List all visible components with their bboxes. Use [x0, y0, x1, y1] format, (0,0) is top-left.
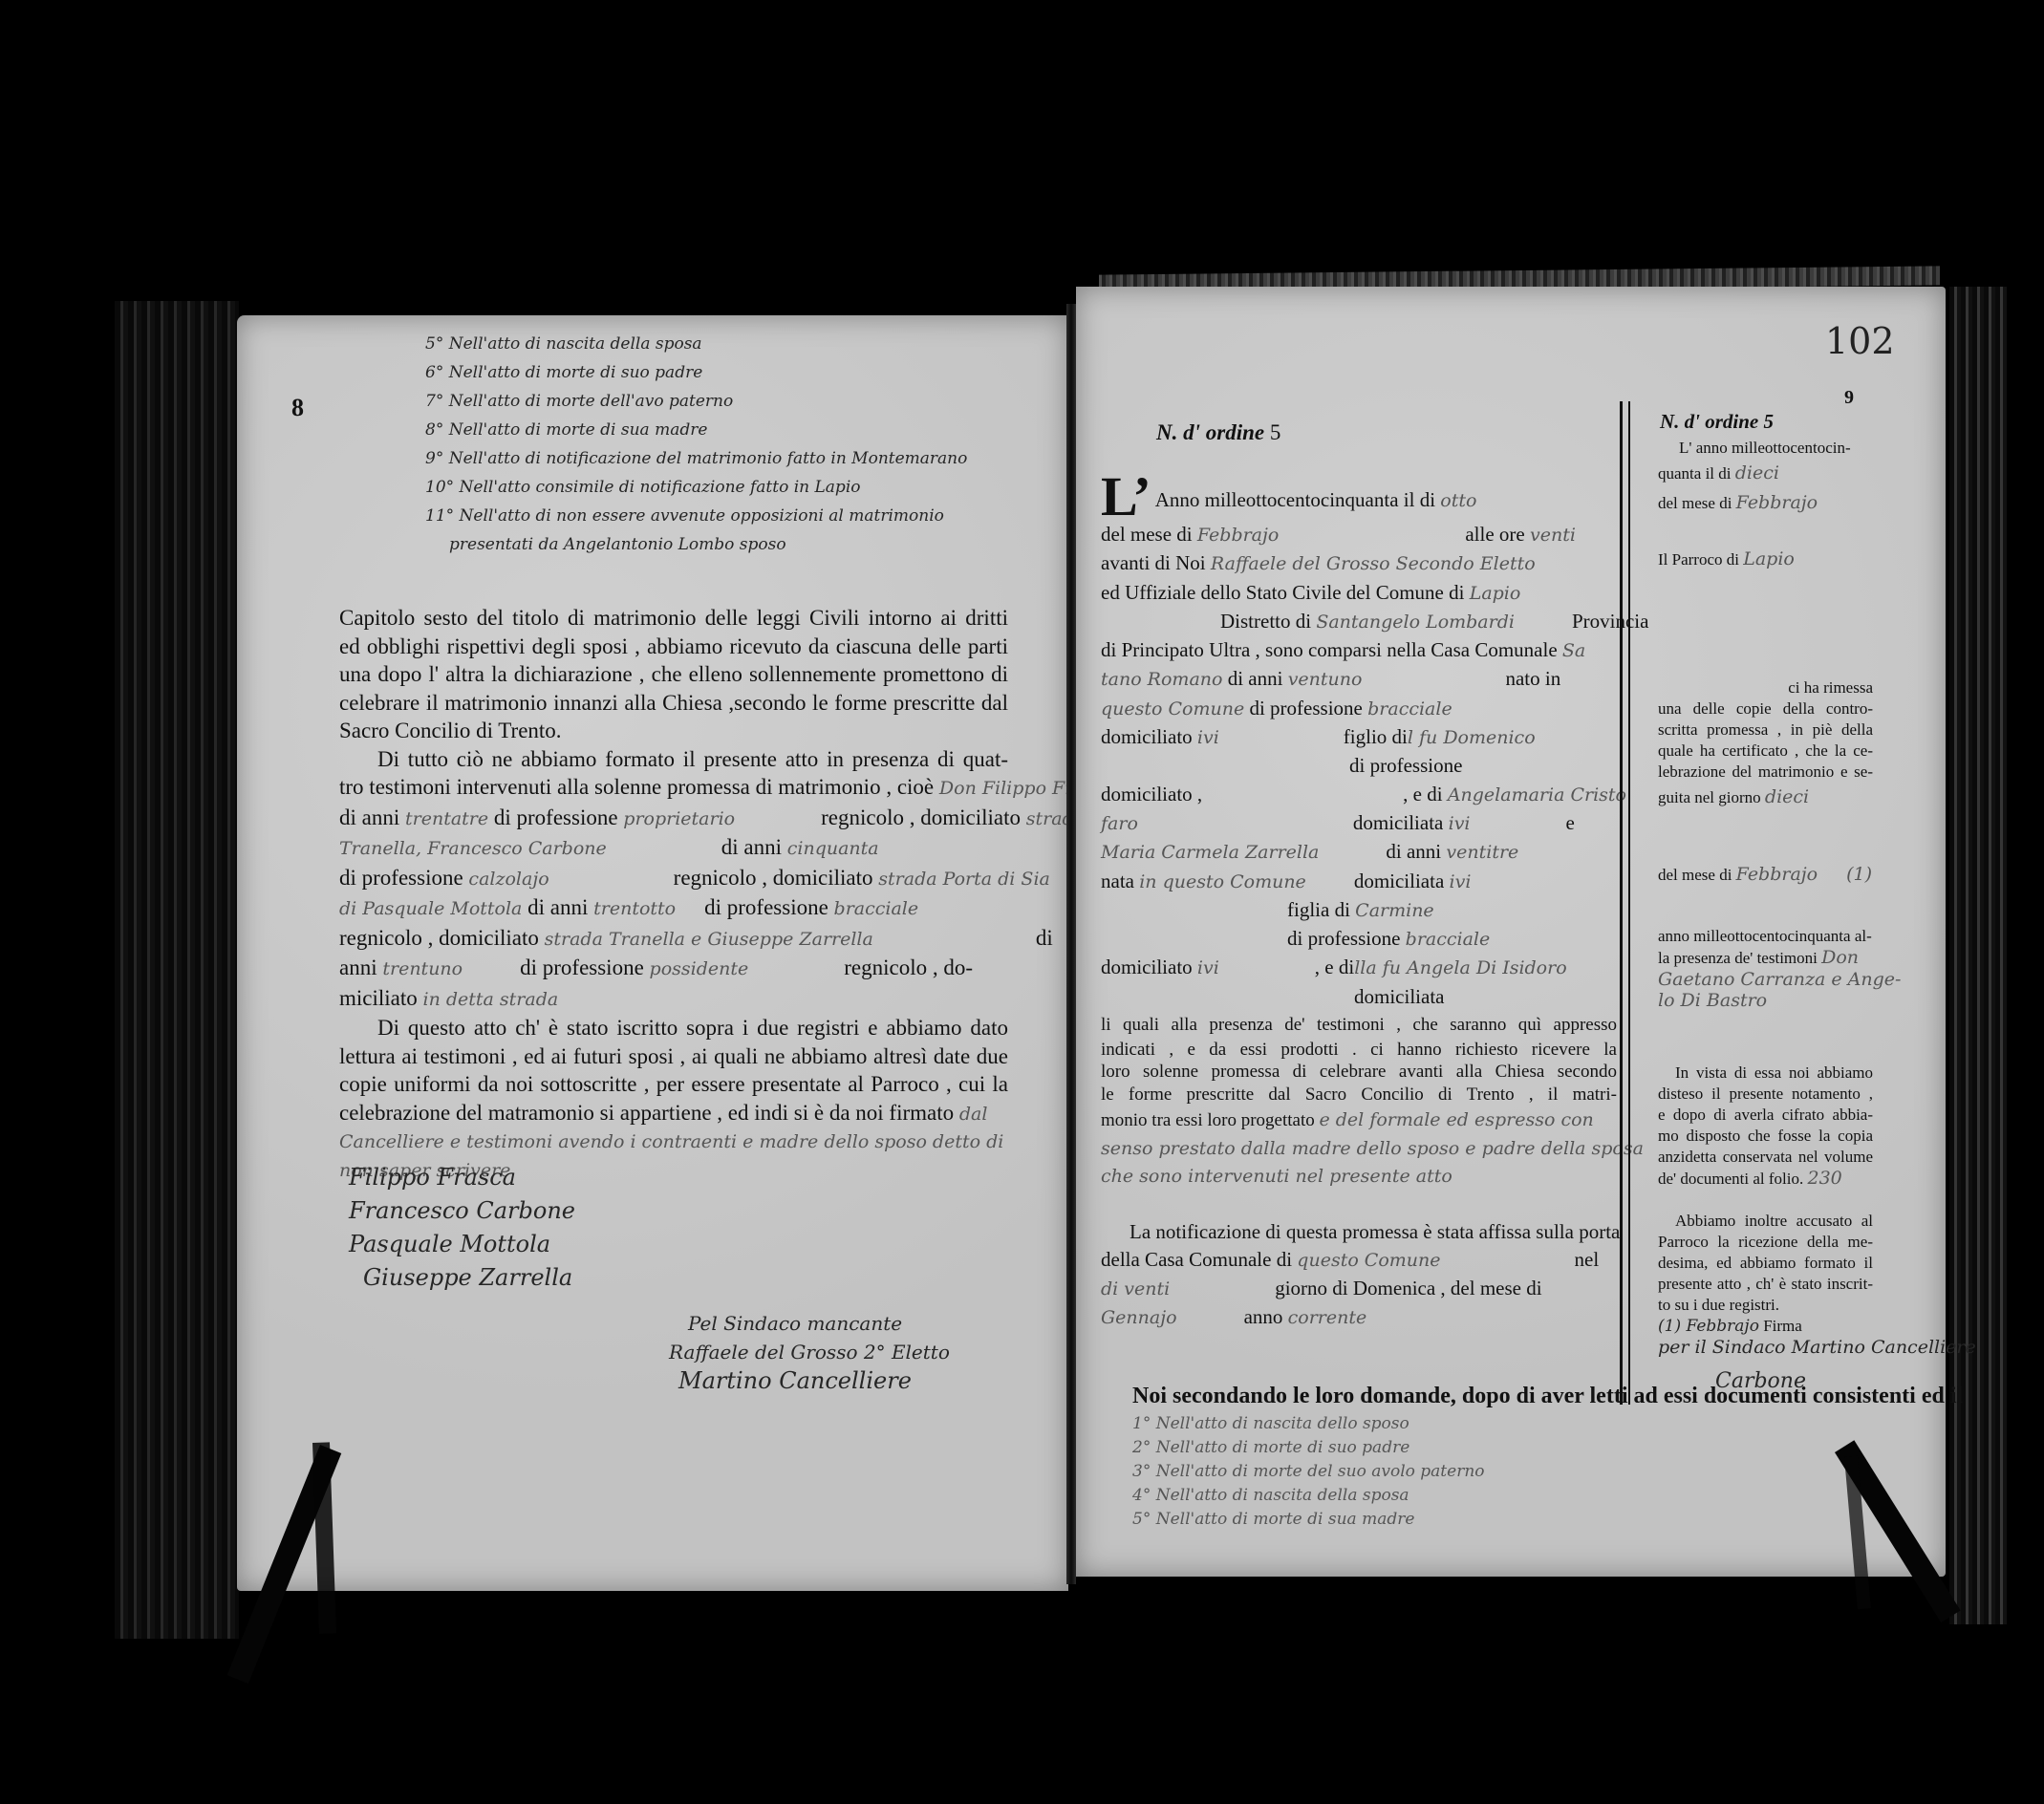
- printed-text: anno: [1244, 1305, 1283, 1328]
- text-line: e dopo di averla cifrato abbia-: [1658, 1105, 1873, 1126]
- handwritten-entry: in questo Comune: [1139, 871, 1306, 892]
- signature: Francesco Carbone: [349, 1194, 575, 1228]
- witness-signatures: Filippo Frasca Francesco Carbone Pasqual…: [349, 1161, 575, 1295]
- printed-text: di professione: [1349, 754, 1462, 777]
- text-line: anzidetta conservata nel volume: [1658, 1147, 1873, 1168]
- handwritten-entry: ivi: [1197, 957, 1219, 978]
- printed-text: nata: [1101, 870, 1134, 892]
- printed-text: nel: [1575, 1248, 1600, 1271]
- printed-text: regnicolo , do-: [844, 956, 973, 979]
- signature: Pasquale Mottola: [349, 1228, 575, 1261]
- footnote-marker: (1): [1846, 864, 1872, 885]
- parish-margin-column: N. d' ordine 5 L' anno milleottocentocin…: [1658, 411, 1873, 1392]
- printed-text: di professione: [339, 866, 463, 890]
- marriage-act-text: L’Anno milleottocentocinquanta il di ott…: [1101, 473, 1617, 1191]
- official-signature-block: Pel Sindaco mancante Raffaele del Grosso…: [669, 1309, 950, 1395]
- handwritten-entry: lo Di Bastro: [1658, 990, 1873, 1011]
- folio-number: 102: [1825, 320, 1895, 362]
- printed-text: di anni: [527, 895, 588, 919]
- printed-text: Distretto di: [1220, 610, 1311, 633]
- handwritten-entry: ventuno: [1288, 669, 1363, 690]
- text-line: (1) Febbrajo Firma: [1658, 1316, 1873, 1337]
- text-line: anni trentunodi professione possidentere…: [339, 954, 1008, 984]
- signature: Martino Cancelliere: [678, 1366, 950, 1395]
- printed-text: di anni: [1386, 840, 1441, 863]
- text-line: le forme prescritte dal Sacro Concilio d…: [1101, 1083, 1617, 1106]
- note-item: 11° Nell'atto di non essere avvenute opp…: [425, 502, 967, 530]
- printed-text: e: [1566, 811, 1575, 834]
- printed-text: di anni: [1228, 667, 1283, 690]
- text-line: del mese di Febbrajoalle ore venti: [1101, 521, 1617, 549]
- text-line: avanti di Noi Raffaele del Grosso Second…: [1101, 549, 1617, 578]
- text-line: Maria Carmela Zarrelladi anni ventitre: [1101, 838, 1617, 867]
- text-line: Capitolo sesto del titolo di matrimonio …: [339, 604, 1008, 633]
- text-line: tano Romano di anni ventunonato in: [1101, 665, 1617, 694]
- note-item: 9° Nell'atto di notificazione del matrim…: [425, 444, 967, 473]
- printed-text: domiciliata: [1353, 811, 1443, 834]
- note-item: 7° Nell'atto di morte dell'avo paterno: [425, 387, 967, 416]
- margin-order-heading: N. d' ordine 5: [1660, 411, 1873, 432]
- handwritten-entry: ivi: [1197, 727, 1219, 748]
- text-line: to su i due registri.: [1658, 1295, 1873, 1316]
- printed-text: Il Parroco di: [1658, 550, 1739, 569]
- text-line: domiciliato ivi, e dilla fu Angela Di Is…: [1101, 954, 1617, 982]
- text-line: Abbiamo inoltre accusato al: [1658, 1211, 1873, 1232]
- text-line: La notificazione di questa promessa è st…: [1101, 1218, 1622, 1246]
- printed-text: regnicolo , domiciliato: [339, 926, 539, 950]
- printed-text: quanta il di: [1658, 464, 1731, 483]
- handwritten-entry: Febbrajo: [1736, 864, 1818, 885]
- text-line: L’Anno milleottocentocinquanta il di ott…: [1101, 473, 1617, 502]
- handwritten-entry: Raffaele del Grosso Secondo Eletto: [1211, 553, 1536, 574]
- handwritten-entry: Carmine: [1355, 900, 1434, 921]
- text-line: miciliato in detta strada: [339, 984, 1008, 1015]
- handwritten-entry: (1) Febbrajo: [1658, 1317, 1759, 1336]
- printed-text: regnicolo , domiciliato: [821, 805, 1021, 829]
- text-line: regnicolo , domiciliato strada Tranella …: [339, 924, 1008, 955]
- handwritten-entry: Don: [1821, 947, 1859, 968]
- text-line: una delle copie della contro-: [1658, 698, 1873, 719]
- text-line: Parroco la ricezione della me-: [1658, 1232, 1873, 1253]
- text-line: Distretto di Santangelo LombardiProvinci…: [1101, 608, 1617, 636]
- text-line: del mese di Febbrajo: [1658, 488, 1873, 518]
- handwritten-entry: trentatre: [405, 808, 488, 829]
- text-line: Gennajoanno corrente: [1101, 1303, 1622, 1332]
- text-line: domiciliato ivifiglio dil fu Domenico: [1101, 723, 1617, 752]
- handwritten-entry: Lapio: [1470, 583, 1521, 604]
- handwritten-entry: tano Romano: [1101, 669, 1222, 690]
- printed-text: domiciliato: [1101, 725, 1193, 748]
- text-line: di anni trentatre di professione proprie…: [339, 804, 1008, 834]
- left-printed-text: Capitolo sesto del titolo di matrimonio …: [339, 604, 1008, 1185]
- printed-text: tro testimoni intervenuti alla solenne p…: [339, 775, 934, 799]
- handwritten-entry: che sono intervenuti nel presente atto: [1101, 1163, 1617, 1191]
- printed-text: figlia di: [1287, 898, 1350, 921]
- handwritten-entry: in detta strada: [423, 989, 559, 1010]
- folio-number-small: 9: [1844, 387, 1854, 409]
- text-line: di professione calzolajoregnicolo , domi…: [339, 864, 1008, 894]
- printed-text: giorno di Domenica , del mese di: [1275, 1277, 1541, 1299]
- handwritten-entry: Cancelliere e testimoni avendo i contrae…: [339, 1128, 1008, 1157]
- documents-intro-line: Noi secondando le loro domande, dopo di …: [1132, 1384, 1963, 1409]
- printed-text: alle ore: [1465, 523, 1524, 546]
- printed-text: Anno milleottocentocinquanta il di: [1155, 488, 1435, 511]
- printed-text: di anni: [721, 835, 782, 859]
- printed-text: di professione: [520, 956, 644, 979]
- handwritten-entry: questo Comune: [1297, 1250, 1440, 1271]
- handwritten-entry: ivi: [1450, 871, 1472, 892]
- signature: Giuseppe Zarrella: [363, 1261, 575, 1295]
- text-line: lebrazione del matrimonio e se-: [1658, 762, 1873, 783]
- signature: Raffaele del Grosso 2° Eletto: [669, 1338, 950, 1366]
- text-line: lettura ai testimoni , ed ai futuri spos…: [339, 1042, 1008, 1071]
- handwritten-entry: 230: [1808, 1168, 1842, 1189]
- text-line: Tranella, Francesco Carbonedi anni cinqu…: [339, 833, 1008, 864]
- order-number-heading: N. d' ordine 5: [1156, 420, 1280, 445]
- handwritten-entry: ventitre: [1446, 842, 1518, 863]
- text-line: desima, ed abbiamo formato il: [1658, 1253, 1873, 1274]
- handwritten-entry: di venti: [1101, 1278, 1170, 1299]
- printed-text: domiciliata: [1354, 870, 1444, 892]
- printed-text: regnicolo , domiciliato: [674, 866, 873, 890]
- printed-text: del mese di: [1658, 866, 1732, 884]
- order-label: N. d' ordine: [1156, 420, 1264, 444]
- text-line: ed obblighi rispettivi degli sposi , abb…: [339, 633, 1008, 661]
- handwritten-entry: Santangelo Lombardi: [1316, 612, 1515, 633]
- text-line: una dopo l' altra la dichiarazione , che…: [339, 660, 1008, 689]
- text-line: de' documenti al folio. 230: [1658, 1168, 1873, 1190]
- handwritten-entry: possidente: [650, 958, 749, 979]
- printed-text: anni: [339, 956, 377, 979]
- text-line: mo disposto che fosse la copia: [1658, 1126, 1873, 1147]
- text-line: ci ha rimessa: [1658, 677, 1873, 698]
- signature: per il Sindaco Martino Cancelliere: [1658, 1337, 1873, 1358]
- text-line: di ventigiorno di Domenica , del mese di: [1101, 1275, 1622, 1303]
- handwritten-entry: bracciale: [1406, 929, 1491, 950]
- handwritten-entry: l fu Domenico: [1408, 727, 1536, 748]
- printed-text: avanti di Noi: [1101, 551, 1206, 574]
- signature: Filippo Frasca: [349, 1161, 575, 1194]
- text-line: di professione: [1101, 752, 1617, 780]
- handwritten-entry: Gaetano Carranza e Ange-: [1658, 969, 1873, 990]
- text-line: celebrazione del matramonio si appartien…: [339, 1099, 1008, 1129]
- notification-paragraph: La notificazione di questa promessa è st…: [1101, 1218, 1622, 1332]
- text-line: la presenza de' testimoni Don: [1658, 947, 1873, 969]
- text-line: del mese di Febbrajo(1): [1658, 860, 1873, 890]
- dropcap: L’: [1101, 473, 1151, 521]
- handwritten-entry: e del formale ed espresso con: [1319, 1109, 1593, 1130]
- note-item: presentati da Angelantonio Lombo sposo: [449, 530, 967, 559]
- text-line: di Pasquale Mottola di anni trentottodi …: [339, 893, 1008, 924]
- handwritten-entry: ivi: [1449, 813, 1471, 834]
- note-item: 2° Nell'atto di morte di suo padre: [1132, 1436, 1485, 1460]
- printed-text: del mese di: [1101, 523, 1193, 546]
- handwritten-entry: Tranella, Francesco Carbone: [339, 838, 607, 859]
- text-line: L' anno milleottocentocin-: [1658, 438, 1873, 459]
- order-number: 5: [1270, 420, 1281, 444]
- text-line: In vista di essa noi abbiamo: [1658, 1063, 1873, 1084]
- text-line: farodomiciliata ivie: [1101, 809, 1617, 838]
- printed-text: miciliato: [339, 986, 418, 1010]
- note-item: 3° Nell'atto di morte del suo avolo pate…: [1132, 1460, 1485, 1484]
- printed-text: guita nel giorno: [1658, 788, 1761, 806]
- handwritten-entry: Maria Carmela Zarrella: [1101, 842, 1319, 863]
- handwritten-entry: corrente: [1288, 1307, 1367, 1328]
- signature: Pel Sindaco mancante: [688, 1309, 950, 1338]
- handwritten-entry: questo Comune: [1101, 698, 1244, 719]
- book-edge-left: [115, 301, 239, 1639]
- handwritten-entry: cinquanta: [787, 838, 879, 859]
- printed-text: ed Uffiziale dello Stato Civile del Comu…: [1101, 581, 1464, 604]
- text-line: li quali alla presenza de' testimoni , c…: [1101, 1011, 1617, 1039]
- printed-text: monio tra essi loro progettato: [1101, 1110, 1315, 1130]
- note-item: 6° Nell'atto di morte di suo padre: [425, 358, 967, 387]
- handwritten-entry: Febbrajo: [1197, 525, 1279, 546]
- text-line: copie uniformi da noi sottoscritte , per…: [339, 1070, 1008, 1099]
- printed-text: di professione: [1249, 697, 1362, 719]
- printed-text: domiciliata: [1354, 985, 1444, 1008]
- text-line: domiciliata: [1101, 983, 1617, 1011]
- note-item: 1° Nell'atto di nascita dello sposo: [1132, 1412, 1485, 1436]
- printed-text: figlio di: [1344, 725, 1408, 748]
- text-line: domiciliato ,, e di Angelamaria Cristo: [1101, 781, 1617, 809]
- text-line: della Casa Comunale di questo Comunenel: [1101, 1246, 1622, 1275]
- handwritten-entry: dieci: [1735, 462, 1779, 483]
- handwritten-entry: senso prestato dalla madre dello sposo e…: [1101, 1135, 1617, 1163]
- text-line: di professione bracciale: [1101, 925, 1617, 954]
- printed-text: di: [1036, 926, 1053, 950]
- text-line: ed Uffiziale dello Stato Civile del Comu…: [1101, 579, 1617, 608]
- page-number-left: 8: [291, 394, 304, 422]
- printed-text: nato in: [1505, 667, 1560, 690]
- printed-text: di professione: [494, 805, 618, 829]
- text-line: Il Parroco di Lapio: [1658, 545, 1873, 574]
- handwritten-entry: venti: [1530, 525, 1576, 546]
- printed-text: Provincia: [1572, 610, 1648, 633]
- handwritten-entry: Febbrajo: [1736, 492, 1818, 513]
- handwritten-entry: faro: [1101, 813, 1138, 834]
- handwritten-entry: trentotto: [593, 898, 676, 919]
- handwritten-entry: Angelamaria Cristo: [1448, 784, 1626, 805]
- handwritten-entry: proprietario: [623, 808, 735, 829]
- text-line: quanta il di dieci: [1658, 459, 1873, 488]
- printed-text: domiciliato: [1101, 956, 1193, 978]
- note-item: 5° Nell'atto di morte di sua madre: [1132, 1508, 1485, 1532]
- signature-label: Firma: [1763, 1317, 1802, 1335]
- text-line: nata in questo Comunedomiciliata ivi: [1101, 868, 1617, 896]
- handwritten-entry: strada Porta di Sia: [878, 869, 1050, 890]
- printed-text: di anni: [339, 805, 399, 829]
- printed-text: , e di: [1315, 956, 1354, 978]
- text-line: figlia di Carmine: [1101, 896, 1617, 925]
- book-edge-right: [1949, 287, 2007, 1624]
- text-line: anno milleottocentocinquanta al-: [1658, 926, 1873, 947]
- text-line: questo Comune di professione bracciale: [1101, 695, 1617, 723]
- printed-text: della Casa Comunale di: [1101, 1248, 1292, 1271]
- printed-text: di Principato Ultra , sono comparsi nell…: [1101, 638, 1558, 661]
- text-line: scritta promessa , in piè della: [1658, 719, 1873, 741]
- text-line: loro solenne promessa di celebrare avant…: [1101, 1061, 1617, 1083]
- book-gutter: [1066, 304, 1076, 1584]
- handwritten-entry: dal: [959, 1104, 988, 1125]
- text-line: celebrare il matrimonio innanzi alla Chi…: [339, 689, 1008, 718]
- text-line: presente atto , ch' è stato inscrit-: [1658, 1274, 1873, 1295]
- handwritten-entry: Gennajo: [1101, 1307, 1177, 1328]
- printed-text: del mese di: [1658, 494, 1732, 512]
- note-item: 10° Nell'atto consimile di notificazione…: [425, 473, 967, 502]
- handwritten-entry: Sa: [1562, 640, 1585, 661]
- text-line: indicati , e da essi prodotti . ci hanno…: [1101, 1039, 1617, 1061]
- handwritten-entry: calzolajo: [468, 869, 549, 890]
- handwritten-entry: di Pasquale Mottola: [339, 898, 522, 919]
- text-line: monio tra essi loro progettato e del for…: [1101, 1106, 1617, 1134]
- printed-text: de' documenti al folio.: [1658, 1170, 1803, 1188]
- text-line: disteso il presente notamento ,: [1658, 1084, 1873, 1105]
- handwritten-document-list-right: 1° Nell'atto di nascita dello sposo 2° N…: [1132, 1412, 1485, 1532]
- printed-text: celebrazione del matramonio si appartien…: [339, 1101, 954, 1125]
- text-line: quale ha certificato , che la ce-: [1658, 741, 1873, 762]
- printed-text: domiciliato ,: [1101, 783, 1202, 805]
- handwritten-document-list-left: 5° Nell'atto di nascita della sposa 6° N…: [425, 330, 967, 559]
- note-item: 4° Nell'atto di nascita della sposa: [1132, 1484, 1485, 1508]
- text-line: guita nel giorno dieci: [1658, 783, 1873, 812]
- text-line: Di questo atto ch' è stato iscritto sopr…: [339, 1014, 1008, 1042]
- printed-text: di professione: [704, 895, 828, 919]
- handwritten-entry: lla fu Angela Di Isidoro: [1354, 957, 1566, 978]
- column-divider-rule: [1620, 401, 1630, 1405]
- handwritten-entry: otto: [1440, 490, 1476, 511]
- note-item: 8° Nell'atto di morte di sua madre: [425, 416, 967, 444]
- printed-text: la presenza de' testimoni: [1658, 949, 1818, 967]
- handwritten-entry: dieci: [1765, 786, 1809, 807]
- handwritten-entry: bracciale: [1367, 698, 1452, 719]
- note-item: 5° Nell'atto di nascita della sposa: [425, 330, 967, 358]
- text-line: di Principato Ultra , sono comparsi nell…: [1101, 636, 1617, 665]
- printed-text: , e di: [1403, 783, 1442, 805]
- handwritten-entry: bracciale: [834, 898, 919, 919]
- text-line: Di tutto ciò ne abbiamo formato il prese…: [339, 745, 1008, 774]
- printed-text: di professione: [1287, 927, 1400, 950]
- handwritten-entry: strada Tranella e Giuseppe Zarrella: [545, 929, 873, 950]
- handwritten-entry: Lapio: [1743, 548, 1795, 569]
- text-line: Sacro Concilio di Trento.: [339, 717, 1008, 745]
- text-line: tro testimoni intervenuti alla solenne p…: [339, 773, 1008, 804]
- handwritten-entry: trentuno: [382, 958, 463, 979]
